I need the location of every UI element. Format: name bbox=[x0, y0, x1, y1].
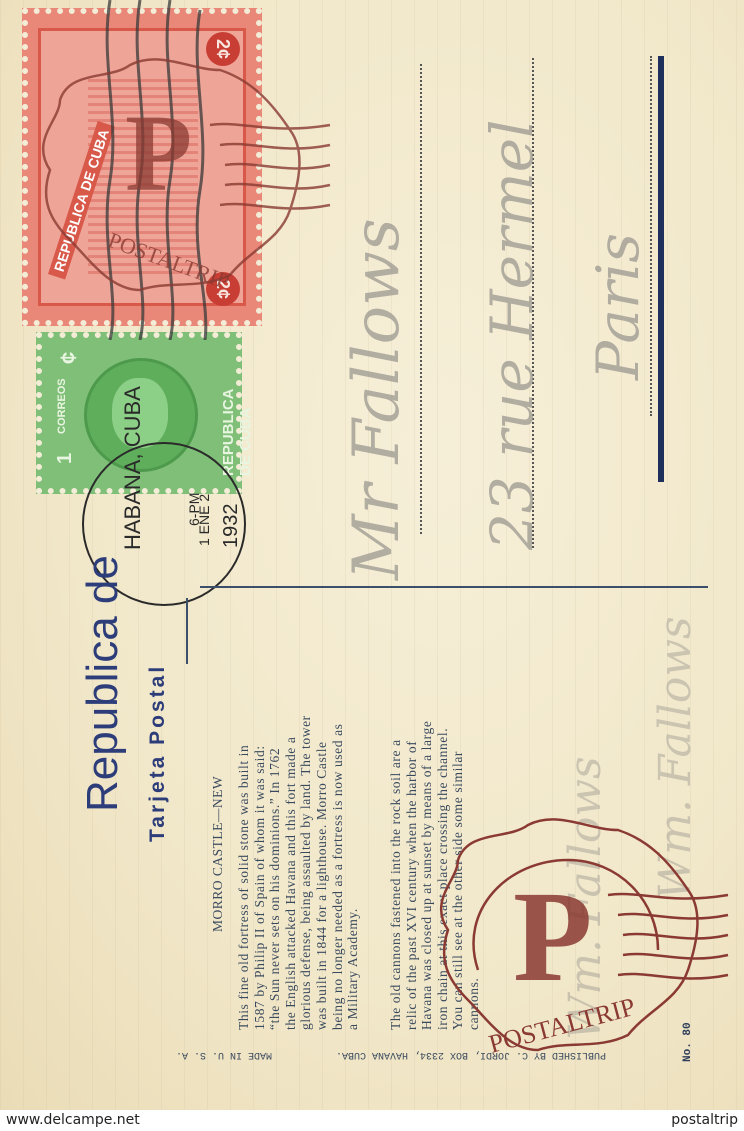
description-line: glorious defense, being assaulted by lan… bbox=[298, 715, 314, 1030]
footer-seller[interactable]: postaltrip bbox=[671, 1112, 738, 1128]
address-blue-bar bbox=[658, 56, 664, 482]
green-stamp-country: REPUBLICA DE CUBA bbox=[220, 389, 254, 476]
description-line: the English attacked Havana and this for… bbox=[283, 737, 299, 1030]
description-line: This fine old fortress of solid stone wa… bbox=[236, 745, 252, 1030]
svg-text:P: P bbox=[513, 865, 592, 1009]
postmark-place: HABANA, CUBA bbox=[120, 386, 146, 550]
divider-vertical-short bbox=[186, 598, 188, 664]
handwritten-city: Paris bbox=[584, 233, 652, 380]
handwritten-name: Mr Fallows bbox=[340, 218, 414, 580]
watermark-letter: P bbox=[125, 92, 192, 214]
cent-sign-icon: ¢ bbox=[56, 352, 82, 364]
description-line: “the Sun never sets on his dominions.” I… bbox=[267, 748, 283, 1030]
handwritten-street: 23 rue Hermel bbox=[478, 119, 546, 550]
postmark-year: 1932 bbox=[220, 504, 243, 549]
made-in-imprint: MADE IN U. S. A. bbox=[176, 1049, 272, 1060]
card-title: Republica de bbox=[78, 555, 128, 812]
watermark-bottom: P POSTALTRIP bbox=[418, 800, 738, 1060]
description-line: being no longer needed as a fortress is … bbox=[330, 723, 346, 1030]
description-line: The old cannons fastened into the rock s… bbox=[388, 739, 404, 1030]
green-stamp-value: 1 bbox=[54, 453, 77, 464]
postcard-back: REPUBLICA DE CUBA 2¢ 2¢ REPUBLICA DE CUB… bbox=[0, 0, 744, 1110]
footer-bar: www.delcampe.net postaltrip bbox=[0, 1110, 744, 1131]
description-heading: MORRO CASTLE—NEW bbox=[210, 776, 226, 932]
postmark-time: 6-PM bbox=[186, 493, 202, 526]
description-line: a Military Academy. bbox=[345, 908, 361, 1030]
green-stamp-label: CORREOS bbox=[56, 378, 68, 434]
watermark-top: P POSTALTRIP bbox=[20, 40, 340, 300]
footer-source-link[interactable]: www.delcampe.net bbox=[6, 1112, 140, 1128]
description-line: was built in 1844 for a lighthouse. Morr… bbox=[314, 741, 330, 1030]
divider-horizontal bbox=[200, 586, 708, 588]
description-line: 1587 by Philip II of Spain of whom it wa… bbox=[252, 745, 268, 1030]
card-subtitle: Tarjeta Postal bbox=[146, 664, 170, 842]
address-line-1 bbox=[420, 64, 422, 534]
